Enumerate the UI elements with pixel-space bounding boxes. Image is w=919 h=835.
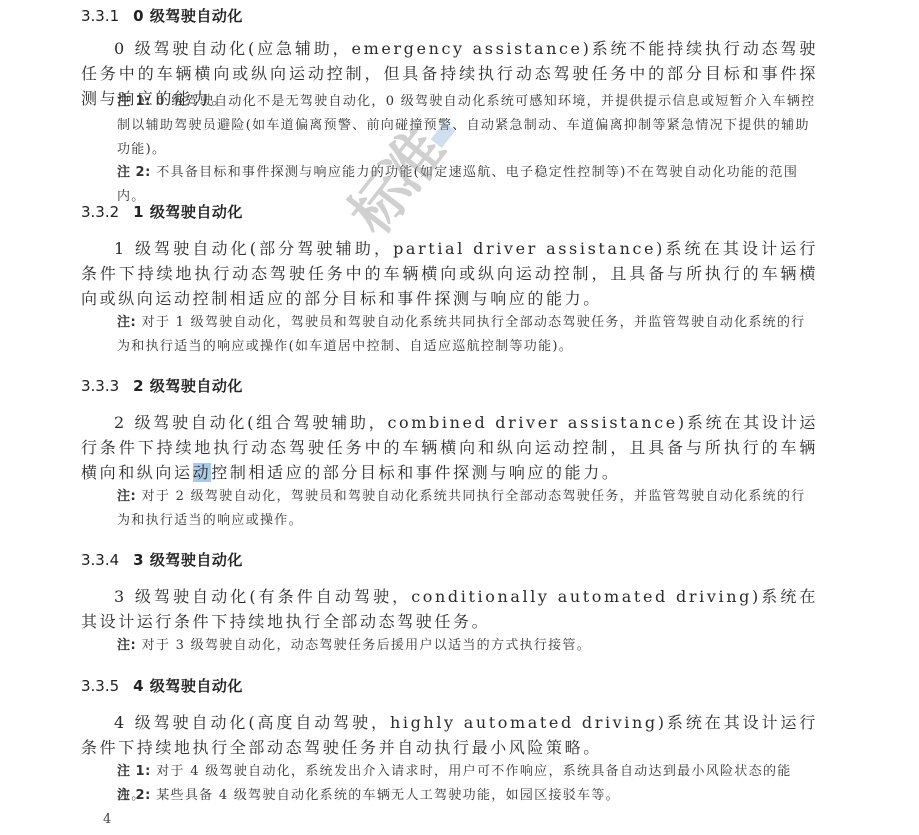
note-text: 不具备目标和事件探测与响应能力的功能(如定速巡航、电子稳定性控制等)不在驾驶自动… (117, 165, 798, 204)
section-number: 3.3.3 (81, 377, 119, 395)
section-number: 3.3.2 (81, 203, 119, 221)
section-body[interactable]: 3 级驾驶自动化(有条件自动驾驶，conditionally automated… (81, 584, 818, 634)
note-label: 注: (117, 489, 136, 504)
note-text: 0 级驾驶自动化不是无驾驶自动化，0 级驾驶自动化系统可感知环境，并提供提示信息… (117, 94, 815, 157)
section-title: 3 级驾驶自动化 (133, 551, 243, 569)
section-body[interactable]: 4 级驾驶自动化(高度自动驾驶，highly automated driving… (81, 710, 818, 760)
note-label: 注 2: (117, 788, 151, 803)
note[interactable]: 注: 对于 3 级驾驶自动化，动态驾驶任务后援用户以适当的方式执行接管。 (117, 634, 818, 658)
section-heading-3-3-3: 3.3.32 级驾驶自动化 (81, 375, 243, 396)
note-text: 某些具备 4 级驾驶自动化系统的车辆无人工驾驶功能，如园区接驳车等。 (156, 788, 620, 803)
document-page: 3.3.10 级驾驶自动化 0 级驾驶自动化(应急辅助，emergency as… (0, 0, 919, 835)
body-text: 控制相适应的部分目标和事件探测与响应的能力。 (211, 463, 620, 482)
note-label: 注: (117, 638, 136, 653)
note-label: 注 1: (117, 94, 151, 109)
note-label: 注 1: (117, 764, 151, 779)
section-title: 0 级驾驶自动化 (133, 7, 243, 25)
note[interactable]: 注: 对于 2 级驾驶自动化，驾驶员和驾驶自动化系统共同执行全部动态驾驶任务，并… (117, 485, 818, 533)
section-body[interactable]: 2 级驾驶自动化(组合驾驶辅助，combined driver assistan… (81, 410, 818, 485)
section-title: 4 级驾驶自动化 (133, 677, 243, 695)
section-number: 3.3.1 (81, 7, 119, 25)
section-number: 3.3.4 (81, 551, 119, 569)
section-body[interactable]: 1 级驾驶自动化(部分驾驶辅助，partial driver assistanc… (81, 236, 818, 311)
section-title: 1 级驾驶自动化 (133, 203, 243, 221)
section-heading-3-3-1: 3.3.10 级驾驶自动化 (81, 5, 243, 26)
note-text: 对于 2 级驾驶自动化，驾驶员和驾驶自动化系统共同执行全部动态驾驶任务，并监管驾… (117, 489, 806, 528)
section-title: 2 级驾驶自动化 (133, 377, 243, 395)
section-heading-3-3-2: 3.3.21 级驾驶自动化 (81, 201, 243, 222)
section-heading-3-3-5: 3.3.54 级驾驶自动化 (81, 675, 243, 696)
note-text: 对于 3 级驾驶自动化，动态驾驶任务后援用户以适当的方式执行接管。 (142, 638, 591, 653)
text-selection-highlight[interactable]: 动 (193, 463, 212, 482)
note[interactable]: 注 2: 某些具备 4 级驾驶自动化系统的车辆无人工驾驶功能，如园区接驳车等。 (117, 784, 818, 808)
section-number: 3.3.5 (81, 677, 119, 695)
note-label: 注 2: (117, 165, 151, 180)
note-label: 注: (117, 315, 136, 330)
note[interactable]: 注: 对于 1 级驾驶自动化，驾驶员和驾驶自动化系统共同执行全部动态驾驶任务，并… (117, 311, 818, 359)
page-number: 4 (103, 812, 111, 827)
section-heading-3-3-4: 3.3.43 级驾驶自动化 (81, 549, 243, 570)
note-text: 对于 1 级驾驶自动化，驾驶员和驾驶自动化系统共同执行全部动态驾驶任务，并监管驾… (117, 315, 806, 354)
note[interactable]: 注 1: 0 级驾驶自动化不是无驾驶自动化，0 级驾驶自动化系统可感知环境，并提… (117, 90, 818, 162)
